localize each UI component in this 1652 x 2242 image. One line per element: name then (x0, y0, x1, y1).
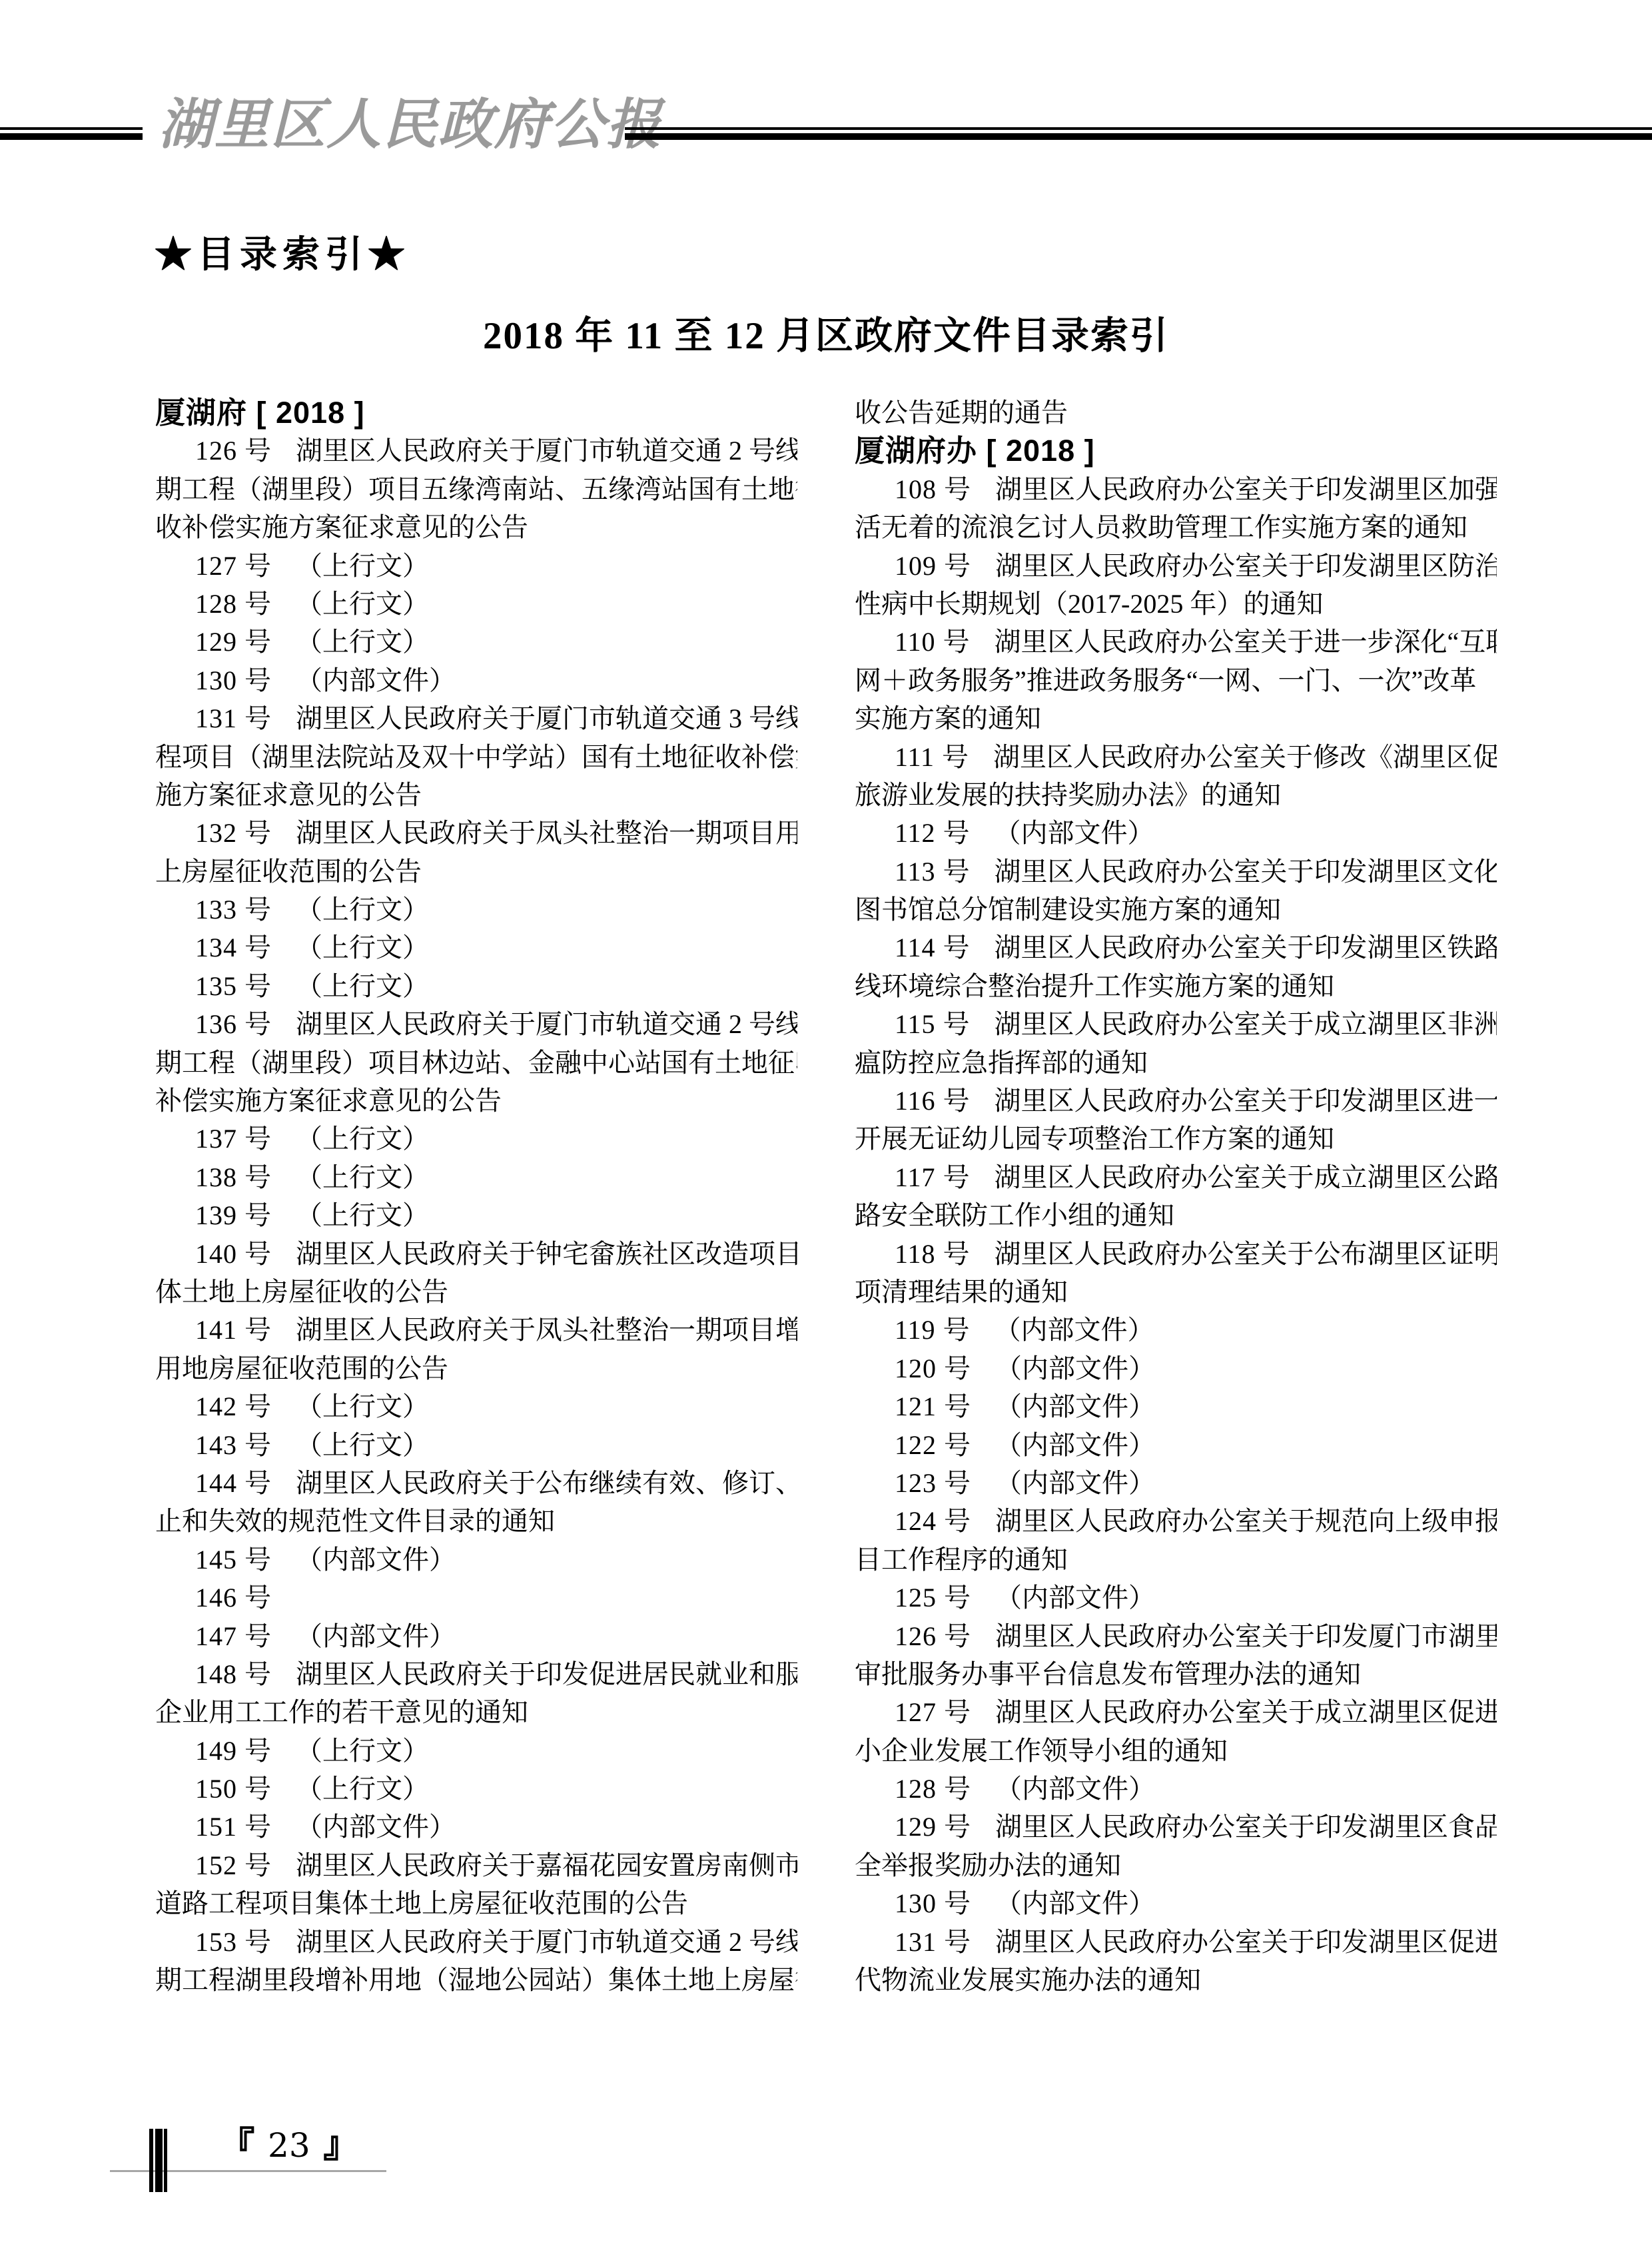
index-entry-line: 133 号（上行文） (155, 891, 797, 929)
doc-title-text: （上行文） (296, 1391, 429, 1421)
doc-title-text: （上行文） (296, 933, 429, 962)
doc-number: 136 号 (195, 1009, 272, 1039)
masthead-rule-left (0, 127, 143, 140)
index-entry-line: 119 号（内部文件） (855, 1311, 1497, 1349)
doc-title-text: 湖里区人民政府办公室关于印发湖里区铁路沿 (995, 933, 1497, 962)
index-continuation-line: 项清理结果的通知 (855, 1273, 1497, 1311)
doc-title-text: （内部文件） (296, 1545, 456, 1575)
doc-title-text: （上行文） (296, 551, 429, 581)
index-continuation-line: 收公告延期的通告 (855, 394, 1497, 432)
doc-number: 142 号 (195, 1391, 272, 1421)
doc-title-text: 湖里区人民政府关于厦门市轨道交通 3 号线工 (296, 703, 797, 733)
index-continuation-line: 目工作程序的通知 (855, 1541, 1497, 1579)
doc-number: 145 号 (195, 1545, 272, 1575)
index-continuation-line: 施方案征求意见的公告 (155, 776, 797, 814)
index-continuation-line: 活无着的流浪乞讨人员救助管理工作实施方案的通知 (855, 508, 1497, 546)
index-column-right: 收公告延期的通告厦湖府办 [ 2018 ]108 号湖里区人民政府办公室关于印发… (855, 394, 1497, 1999)
index-entry-line: 140 号湖里区人民政府关于钟宅畲族社区改造项目集 (155, 1235, 797, 1273)
doc-title-text: （上行文） (296, 1736, 429, 1766)
doc-title-text: 湖里区人民政府办公室关于印发湖里区文化馆 (995, 857, 1497, 887)
doc-title-text: （上行文） (296, 1162, 429, 1192)
index-entry-line: 136 号湖里区人民政府关于厦门市轨道交通 2 号线一 (155, 1005, 797, 1043)
index-continuation-line: 旅游业发展的扶持奖励办法》的通知 (855, 776, 1497, 814)
index-continuation-line: 程项目（湖里法院站及双十中学站）国有土地征收补偿实 (155, 738, 797, 776)
doc-number: 144 号 (195, 1468, 272, 1498)
doc-title-text: （上行文） (296, 895, 429, 925)
index-entry-line: 131 号湖里区人民政府办公室关于印发湖里区促进现 (855, 1923, 1497, 1961)
index-entry-line: 125 号（内部文件） (855, 1579, 1497, 1617)
doc-number: 113 号 (895, 857, 971, 887)
doc-number: 131 号 (895, 1927, 971, 1957)
doc-title-text: （上行文） (296, 1200, 429, 1230)
index-entry-line: 147 号（内部文件） (155, 1617, 797, 1655)
index-entry-line: 129 号湖里区人民政府办公室关于印发湖里区食品安 (855, 1808, 1497, 1846)
index-section-heading: 厦湖府 [ 2018 ] (155, 394, 797, 432)
index-continuation-line: 用地房屋征收范围的公告 (155, 1349, 797, 1387)
index-continuation-line: 代物流业发展实施办法的通知 (855, 1961, 1497, 1999)
index-entry-line: 131 号湖里区人民政府关于厦门市轨道交通 3 号线工 (155, 699, 797, 737)
index-entry-line: 134 号（上行文） (155, 929, 797, 966)
doc-number: 131 号 (195, 703, 272, 733)
index-entry-line: 121 号（内部文件） (855, 1387, 1497, 1425)
page-number: 『 23 』 (220, 2125, 358, 2166)
index-entry-line: 135 号（上行文） (155, 967, 797, 1005)
doc-title-text: 湖里区人民政府关于印发促进居民就业和服务 (296, 1659, 797, 1689)
index-entry-line: 130 号（内部文件） (155, 661, 797, 699)
doc-title-text: 湖里区人民政府办公室关于成立湖里区促进中 (995, 1697, 1497, 1727)
page-number-bracket-left: 『 (220, 2125, 254, 2166)
doc-number: 147 号 (195, 1621, 272, 1651)
doc-number: 146 号 (195, 1583, 272, 1613)
doc-number: 138 号 (195, 1162, 272, 1192)
index-continuation-line: 实施方案的通知 (855, 699, 1497, 737)
doc-number: 152 号 (195, 1850, 272, 1880)
index-entry-line: 108 号湖里区人民政府办公室关于印发湖里区加强生 (855, 470, 1497, 508)
index-continuation-line: 图书馆总分馆制建设实施方案的通知 (855, 891, 1497, 929)
doc-number: 122 号 (895, 1430, 971, 1460)
index-continuation-line: 期工程（湖里段）项目林边站、金融中心站国有土地征收 (155, 1044, 797, 1082)
doc-number: 110 号 (895, 627, 971, 657)
index-entry-line: 113 号湖里区人民政府办公室关于印发湖里区文化馆 (855, 853, 1497, 891)
index-entry-line: 138 号（上行文） (155, 1158, 797, 1196)
doc-title-text: 湖里区人民政府关于凤头社整治一期项目增补 (296, 1315, 797, 1345)
footer-bars-ornament (149, 2129, 167, 2192)
index-entry-line: 128 号（上行文） (155, 585, 797, 623)
doc-title-text: 湖里区人民政府关于厦门市轨道交通 2 号线一 (296, 1009, 797, 1039)
index-entry-line: 110 号湖里区人民政府办公室关于进一步深化“互联 (855, 623, 1497, 661)
doc-number: 130 号 (895, 1888, 971, 1918)
doc-title-text: 湖里区人民政府关于厦门市轨道交通 2 号线一 (296, 436, 797, 466)
doc-number: 118 号 (895, 1239, 971, 1269)
index-entry-line: 137 号（上行文） (155, 1120, 797, 1158)
index-entry-line: 118 号湖里区人民政府办公室关于公布湖里区证明事 (855, 1235, 1497, 1273)
index-continuation-line: 网＋政务服务”推进政务服务“一网、一门、一次”改革 (855, 661, 1497, 699)
doc-title-text: 湖里区人民政府办公室关于公布湖里区证明事 (995, 1239, 1497, 1269)
doc-number: 128 号 (895, 1774, 971, 1804)
doc-number: 143 号 (195, 1430, 272, 1460)
doc-title-text: （内部文件） (995, 1468, 1155, 1498)
toc-section-label: ★目录索引★ (155, 225, 410, 278)
doc-title-text: （内部文件） (995, 1315, 1154, 1345)
index-entry-line: 153 号湖里区人民政府关于厦门市轨道交通 2 号线一 (155, 1923, 797, 1961)
index-entry-line: 145 号（内部文件） (155, 1541, 797, 1579)
doc-number: 108 号 (895, 474, 971, 504)
doc-title-text: （上行文） (296, 971, 429, 1001)
doc-number: 135 号 (195, 971, 272, 1001)
doc-title-text: 湖里区人民政府办公室关于成立湖里区公路水 (995, 1162, 1497, 1192)
index-entry-line: 127 号（上行文） (155, 547, 797, 585)
doc-title-text: 湖里区人民政府关于嘉福花园安置房南侧市政 (296, 1850, 797, 1880)
index-continuation-line: 全举报奖励办法的通知 (855, 1846, 1497, 1884)
doc-title-text: 湖里区人民政府办公室关于印发湖里区加强生 (995, 474, 1497, 504)
doc-number: 119 号 (895, 1315, 971, 1345)
index-continuation-line: 收补偿实施方案征求意见的公告 (155, 508, 797, 546)
index-entry-line: 112 号（内部文件） (855, 814, 1497, 852)
doc-title-text: 湖里区人民政府办公室关于成立湖里区非洲猪 (995, 1009, 1497, 1039)
doc-number: 137 号 (195, 1124, 272, 1154)
doc-number: 117 号 (895, 1162, 971, 1192)
doc-number: 134 号 (195, 933, 272, 962)
index-entry-line: 128 号（内部文件） (855, 1770, 1497, 1808)
doc-title-text: 湖里区人民政府办公室关于印发湖里区防治慢 (995, 551, 1497, 581)
doc-title-text: （内部文件） (995, 1888, 1155, 1918)
doc-title-text: 湖里区人民政府关于厦门市轨道交通 2 号线一 (296, 1927, 797, 1957)
index-entry-line: 111 号湖里区人民政府办公室关于修改《湖里区促进 (855, 738, 1497, 776)
index-entry-line: 152 号湖里区人民政府关于嘉福花园安置房南侧市政 (155, 1846, 797, 1884)
doc-title-text: （内部文件） (995, 1774, 1155, 1804)
doc-number: 133 号 (195, 895, 272, 925)
index-entry-line: 143 号（上行文） (155, 1426, 797, 1464)
index-entry-line: 126 号湖里区人民政府关于厦门市轨道交通 2 号线一 (155, 432, 797, 470)
doc-number: 120 号 (895, 1353, 971, 1383)
index-continuation-line: 开展无证幼儿园专项整治工作方案的通知 (855, 1120, 1497, 1158)
index-entry-line: 144 号湖里区人民政府关于公布继续有效、修订、废 (155, 1464, 797, 1502)
index-continuation-line: 小企业发展工作领导小组的通知 (855, 1732, 1497, 1770)
doc-title-text: （内部文件） (995, 1391, 1155, 1421)
doc-number: 139 号 (195, 1200, 272, 1230)
index-continuation-line: 止和失效的规范性文件目录的通知 (155, 1502, 797, 1540)
doc-number: 150 号 (195, 1774, 272, 1804)
doc-number: 127 号 (895, 1697, 971, 1727)
index-continuation-line: 期工程（湖里段）项目五缘湾南站、五缘湾站国有土地征 (155, 470, 797, 508)
index-entry-line: 150 号（上行文） (155, 1770, 797, 1808)
index-entry-line: 123 号（内部文件） (855, 1464, 1497, 1502)
doc-title-text: （内部文件） (995, 1353, 1155, 1383)
doc-title-text: （上行文） (296, 1774, 429, 1804)
index-continuation-line: 上房屋征收范围的公告 (155, 853, 797, 891)
index-entry-line: 124 号湖里区人民政府办公室关于规范向上级申报项 (855, 1502, 1497, 1540)
doc-title-text: 湖里区人民政府关于钟宅畲族社区改造项目集 (296, 1239, 797, 1269)
doc-number: 112 号 (895, 818, 971, 848)
index-entry-line: 120 号（内部文件） (855, 1349, 1497, 1387)
doc-title-text: 湖里区人民政府办公室关于修改《湖里区促进 (993, 742, 1497, 772)
doc-title-text: （内部文件） (296, 1621, 456, 1651)
doc-number: 109 号 (895, 551, 971, 581)
doc-title-text: （内部文件） (296, 1812, 456, 1842)
index-entry-line: 149 号（上行文） (155, 1732, 797, 1770)
doc-title-text: （上行文） (296, 589, 429, 619)
index-continuation-line: 审批服务办事平台信息发布管理办法的通知 (855, 1655, 1497, 1693)
index-entry-line: 130 号（内部文件） (855, 1884, 1497, 1922)
index-continuation-line: 线环境综合整治提升工作实施方案的通知 (855, 967, 1497, 1005)
index-continuation-line: 瘟防控应急指挥部的通知 (855, 1044, 1497, 1082)
doc-title-text: 湖里区人民政府办公室关于规范向上级申报项 (995, 1506, 1497, 1536)
doc-title-text: （内部文件） (995, 818, 1154, 848)
doc-title-text: （内部文件） (995, 1430, 1155, 1460)
doc-title-text: 湖里区人民政府办公室关于印发厦门市湖里区 (995, 1621, 1497, 1651)
index-continuation-line: 性病中长期规划（2017-2025 年）的通知 (855, 585, 1497, 623)
index-continuation-line: 路安全联防工作小组的通知 (855, 1196, 1497, 1234)
doc-number: 116 号 (895, 1086, 971, 1116)
doc-title-text: 湖里区人民政府关于公布继续有效、修订、废 (296, 1468, 797, 1498)
page-number-bracket-right: 』 (324, 2125, 358, 2166)
index-columns: 厦湖府 [ 2018 ]126 号湖里区人民政府关于厦门市轨道交通 2 号线一期… (155, 394, 1497, 1999)
index-continuation-line: 体土地上房屋征收的公告 (155, 1273, 797, 1311)
rule-thick-line (625, 133, 1652, 140)
doc-title-text: 湖里区人民政府关于凤头社整治一期项目用地 (296, 818, 797, 848)
doc-title-text: （内部文件） (296, 665, 456, 695)
doc-number: 125 号 (895, 1583, 971, 1613)
doc-title-text: 湖里区人民政府办公室关于进一步深化“互联 (995, 627, 1497, 657)
index-entry-line: 127 号湖里区人民政府办公室关于成立湖里区促进中 (855, 1693, 1497, 1731)
index-continuation-line: 道路工程项目集体土地上房屋征收范围的公告 (155, 1884, 797, 1922)
index-entry-line: 126 号湖里区人民政府办公室关于印发厦门市湖里区 (855, 1617, 1497, 1655)
index-entry-line: 116 号湖里区人民政府办公室关于印发湖里区进一步 (855, 1082, 1497, 1120)
gazette-masthead-title: 湖里区人民政府公报 (159, 88, 612, 161)
index-entry-line: 151 号（内部文件） (155, 1808, 797, 1846)
index-entry-line: 142 号（上行文） (155, 1387, 797, 1425)
index-column-left: 厦湖府 [ 2018 ]126 号湖里区人民政府关于厦门市轨道交通 2 号线一期… (155, 394, 797, 1999)
doc-number: 149 号 (195, 1736, 272, 1766)
doc-number: 111 号 (895, 742, 969, 772)
doc-number: 130 号 (195, 665, 272, 695)
doc-number: 153 号 (195, 1927, 272, 1957)
doc-number: 128 号 (195, 589, 272, 619)
doc-title-text: 湖里区人民政府办公室关于印发湖里区促进现 (995, 1927, 1497, 1957)
index-continuation-line: 期工程湖里段增补用地（湿地公园站）集体土地上房屋征 (155, 1961, 797, 1999)
doc-number: 151 号 (195, 1812, 272, 1842)
index-entry-line: 132 号湖里区人民政府关于凤头社整治一期项目用地 (155, 814, 797, 852)
masthead-rule-right (625, 127, 1652, 140)
index-entry-line: 117 号湖里区人民政府办公室关于成立湖里区公路水 (855, 1158, 1497, 1196)
doc-number: 141 号 (195, 1315, 272, 1345)
index-entry-line: 141 号湖里区人民政府关于凤头社整治一期项目增补 (155, 1311, 797, 1349)
doc-number: 114 号 (895, 933, 971, 962)
rule-thick-line (0, 133, 143, 140)
index-section-heading: 厦湖府办 [ 2018 ] (855, 432, 1497, 470)
index-entry-line: 129 号（上行文） (155, 623, 797, 661)
doc-number: 124 号 (895, 1506, 971, 1536)
doc-number: 140 号 (195, 1239, 272, 1269)
doc-title-text: 湖里区人民政府办公室关于印发湖里区进一步 (995, 1086, 1497, 1116)
index-entry-line: 109 号湖里区人民政府办公室关于印发湖里区防治慢 (855, 547, 1497, 585)
index-entry-line: 148 号湖里区人民政府关于印发促进居民就业和服务 (155, 1655, 797, 1693)
doc-number: 132 号 (195, 818, 272, 848)
index-entry-line: 114 号湖里区人民政府办公室关于印发湖里区铁路沿 (855, 929, 1497, 966)
index-entry-line: 146 号 (155, 1579, 797, 1617)
doc-number: 121 号 (895, 1391, 971, 1421)
doc-number: 115 号 (895, 1009, 971, 1039)
doc-title-text: （内部文件） (995, 1583, 1155, 1613)
index-entry-line: 122 号（内部文件） (855, 1426, 1497, 1464)
index-continuation-line: 补偿实施方案征求意见的公告 (155, 1082, 797, 1120)
doc-title-text: （上行文） (296, 1124, 429, 1154)
doc-number: 126 号 (895, 1621, 971, 1651)
doc-number: 129 号 (195, 627, 272, 657)
doc-title-text: （上行文） (296, 627, 429, 657)
doc-number: 127 号 (195, 551, 272, 581)
doc-title-text: 湖里区人民政府办公室关于印发湖里区食品安 (995, 1812, 1497, 1842)
page-number-value: 23 (268, 2125, 310, 2166)
doc-number: 123 号 (895, 1468, 971, 1498)
doc-number: 129 号 (895, 1812, 971, 1842)
index-entry-line: 139 号（上行文） (155, 1196, 797, 1234)
page-title: 2018 年 11 至 12 月区政府文件目录索引 (0, 305, 1652, 360)
index-continuation-line: 企业用工工作的若干意见的通知 (155, 1693, 797, 1731)
doc-title-text: （上行文） (296, 1430, 429, 1460)
doc-number: 148 号 (195, 1659, 272, 1689)
index-entry-line: 115 号湖里区人民政府办公室关于成立湖里区非洲猪 (855, 1005, 1497, 1043)
doc-number: 126 号 (195, 436, 272, 466)
